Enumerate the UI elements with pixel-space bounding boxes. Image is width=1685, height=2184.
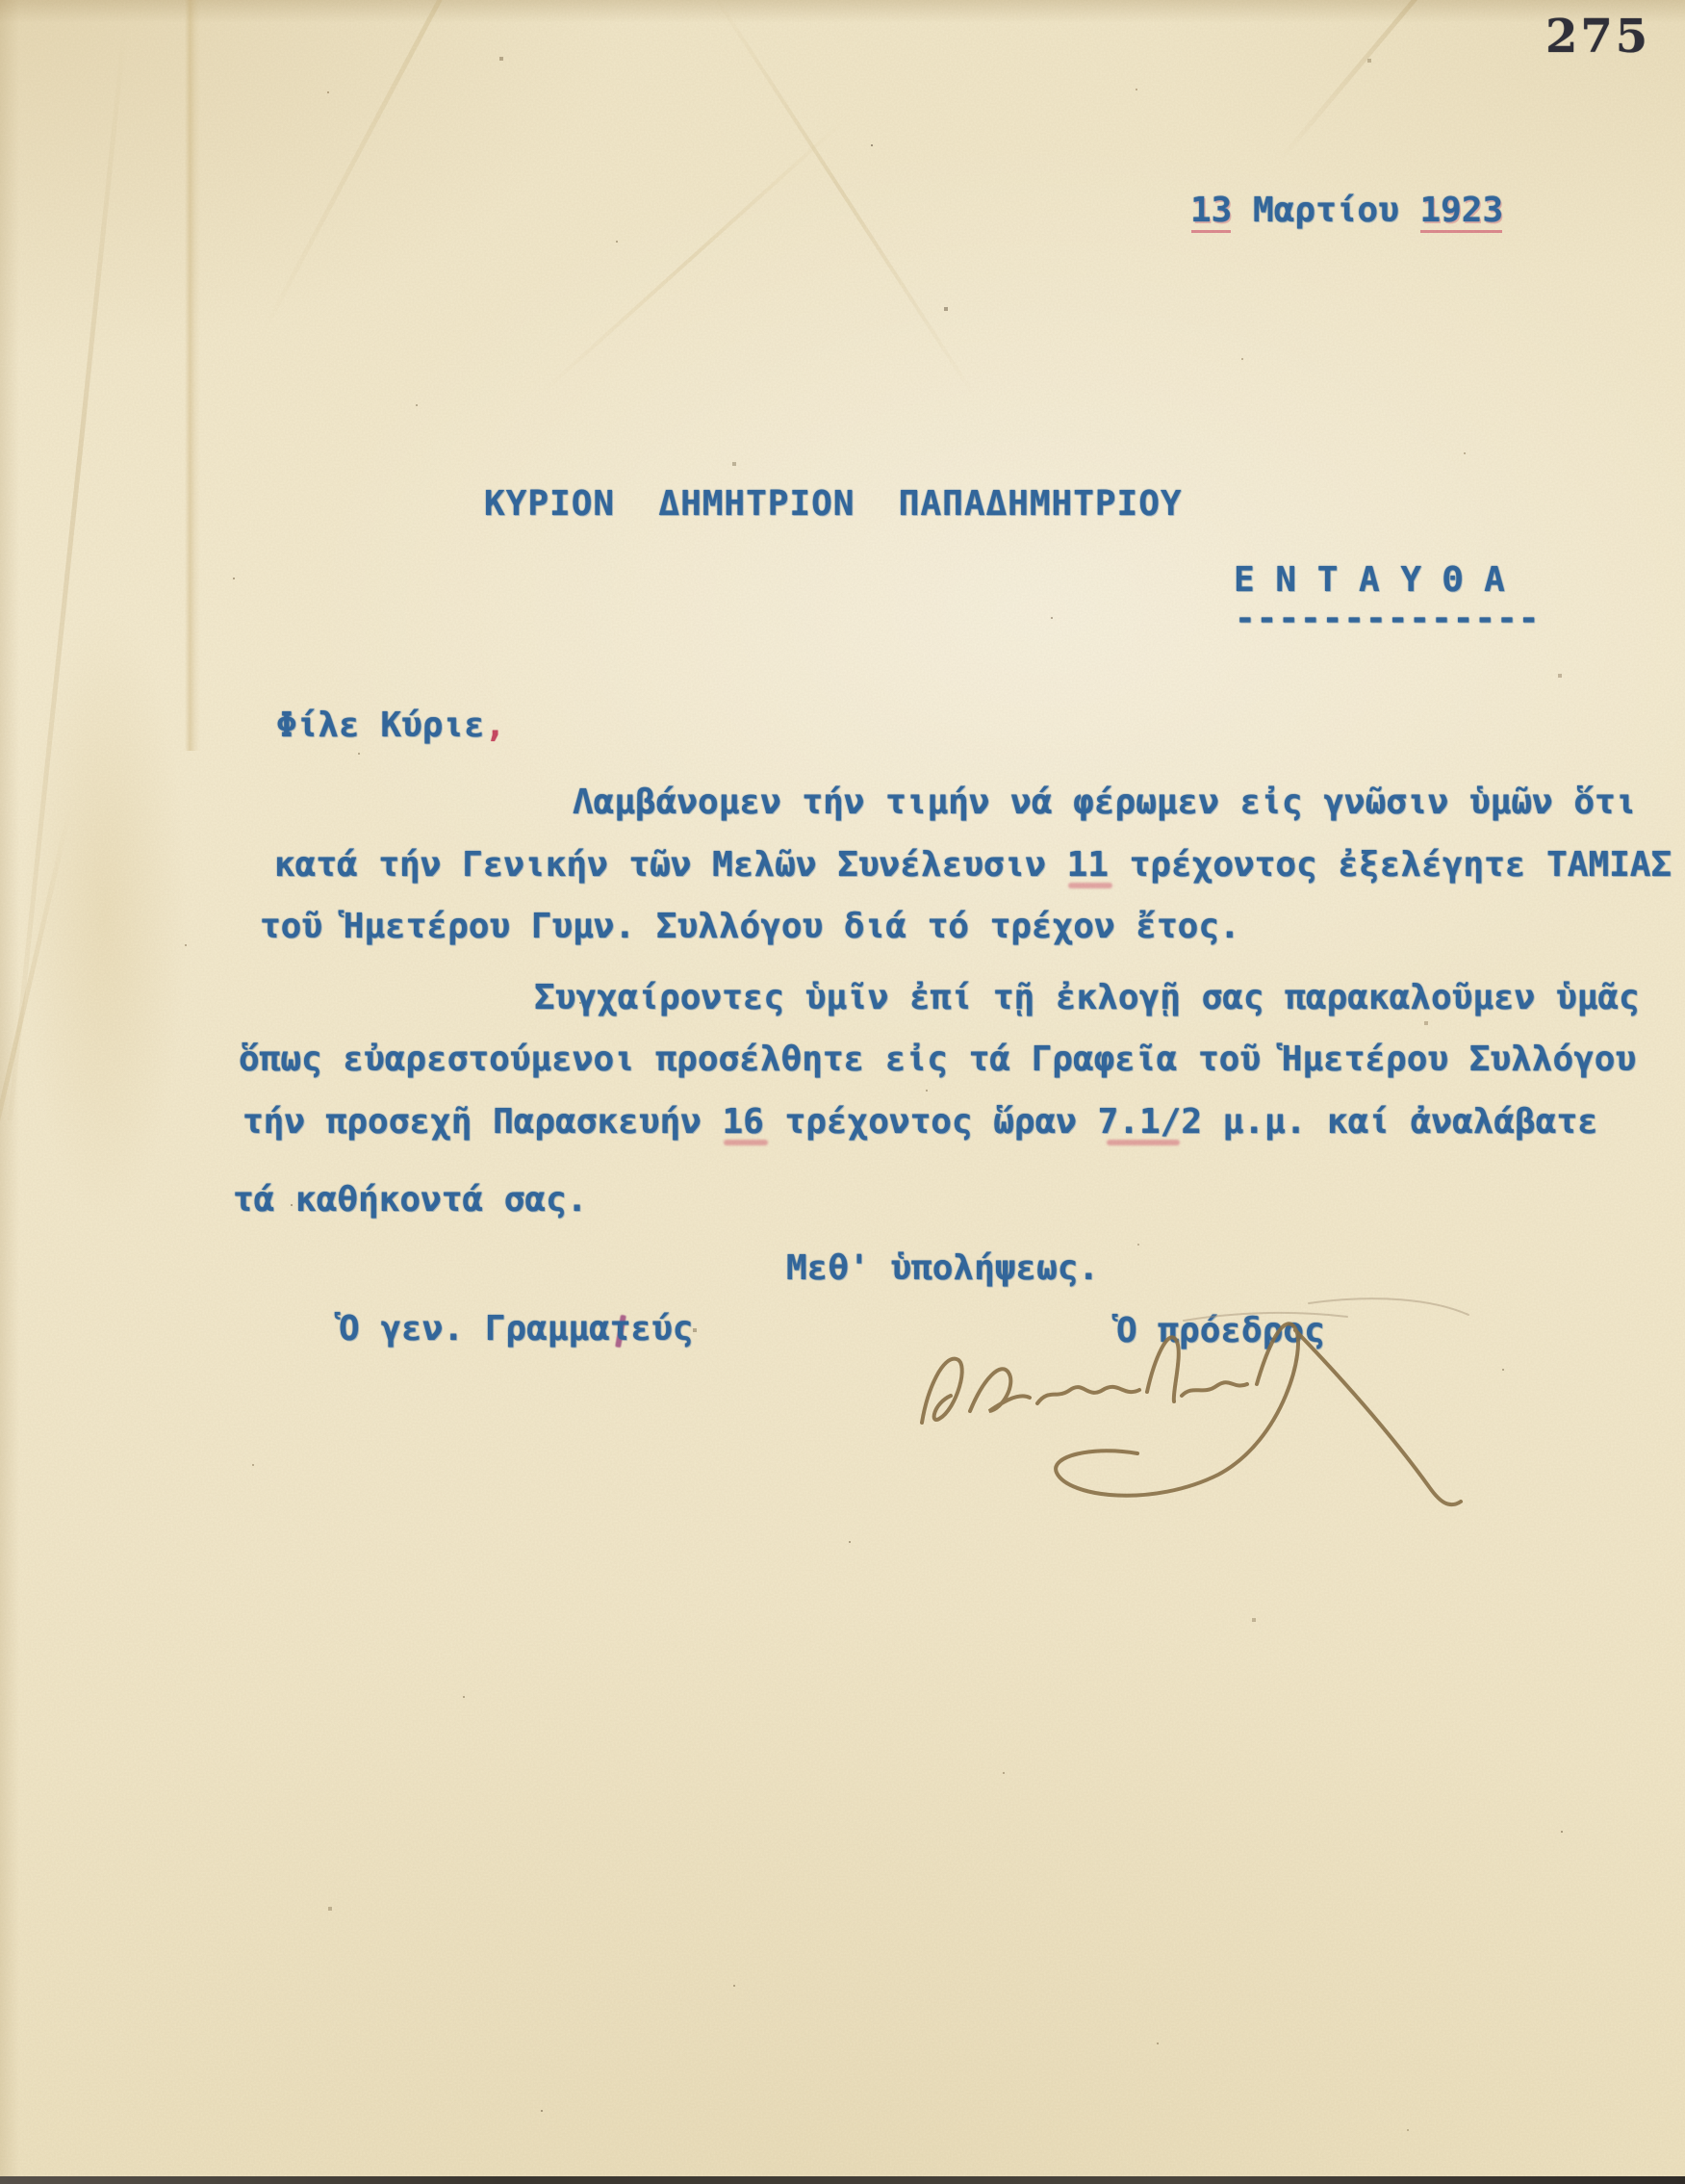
date-day: 13 [1190,191,1232,230]
closing-phrase: Μεθ' ὑπολήψεως. [786,1248,1099,1288]
red-ink-smudge [1107,1140,1180,1145]
paper-crease [702,0,979,400]
secretary-title: Ὁ γεν. Γραμματεύς [339,1309,693,1349]
red-ink-smudge [1068,883,1112,888]
paper-crease [258,0,456,339]
letter-date: 13 Μαρτίου 1923 [1190,191,1503,230]
paper-crease [0,809,72,1298]
body-line: τοῦ Ἡμετέρου Γυμν. Συλλόγου διά τό τρέχο… [260,907,1240,946]
body-line: τά καθήκοντά σας. [233,1180,587,1220]
salutation-comma: , [485,706,506,745]
red-ink-smudge [724,1140,768,1145]
folio-number: 275 [1545,10,1650,64]
body-line: τήν προσεχῆ Παρασκευήν 16 τρέχοντος ὥραν… [243,1102,1598,1142]
date-year: 1923 [1419,191,1503,230]
handwritten-signature [895,1296,1472,1517]
body-line: κατά τήν Γενικήν τῶν Μελῶν Συνέλευσιν 11… [274,845,1672,885]
paper-crease [1276,0,1446,164]
body-line: Συγχαίροντες ὑμῖν ἐπί τῇ ἐκλογῇ σας παρα… [534,978,1640,1017]
paper-crease [539,116,849,396]
date-month: Μαρτίου [1253,191,1399,230]
paper-crease [8,19,128,1120]
date-separator [1399,191,1420,230]
paper-edge-shade [0,0,19,2184]
paper-specks [0,0,2,2]
salutation: Φίλε Κύριε, [276,706,505,745]
paper-grain [0,0,1685,2184]
salutation-text: Φίλε Κύριε [276,706,485,745]
scan-edge [0,2176,1685,2184]
body-line: ὅπως εὐαρεστούμενοι προσέλθητε εἰς τά Γρ… [239,1040,1636,1079]
paper-crease [185,0,200,751]
recipient-line: ΚΥΡΙΟΝ ΔΗΜΗΤΡΙΟΝ ΠΑΠΑΔΗΜΗΤΡΙΟΥ [484,484,1183,524]
paper-edge-shade [0,0,1685,23]
date-separator [1232,191,1253,230]
paper-stain [23,606,187,1222]
delivery-underline: -------------- [1235,599,1540,638]
letter-scan-page: 275 13 Μαρτίου 1923 ΚΥΡΙΟΝ ΔΗΜΗΤΡΙΟΝ ΠΑΠ… [0,0,1685,2184]
body-line: Λαμβάνομεν τήν τιμήν νά φέρωμεν εἰς γνῶσ… [573,783,1636,822]
delivery-location: Ε Ν Τ Α Υ Θ Α [1234,560,1505,600]
